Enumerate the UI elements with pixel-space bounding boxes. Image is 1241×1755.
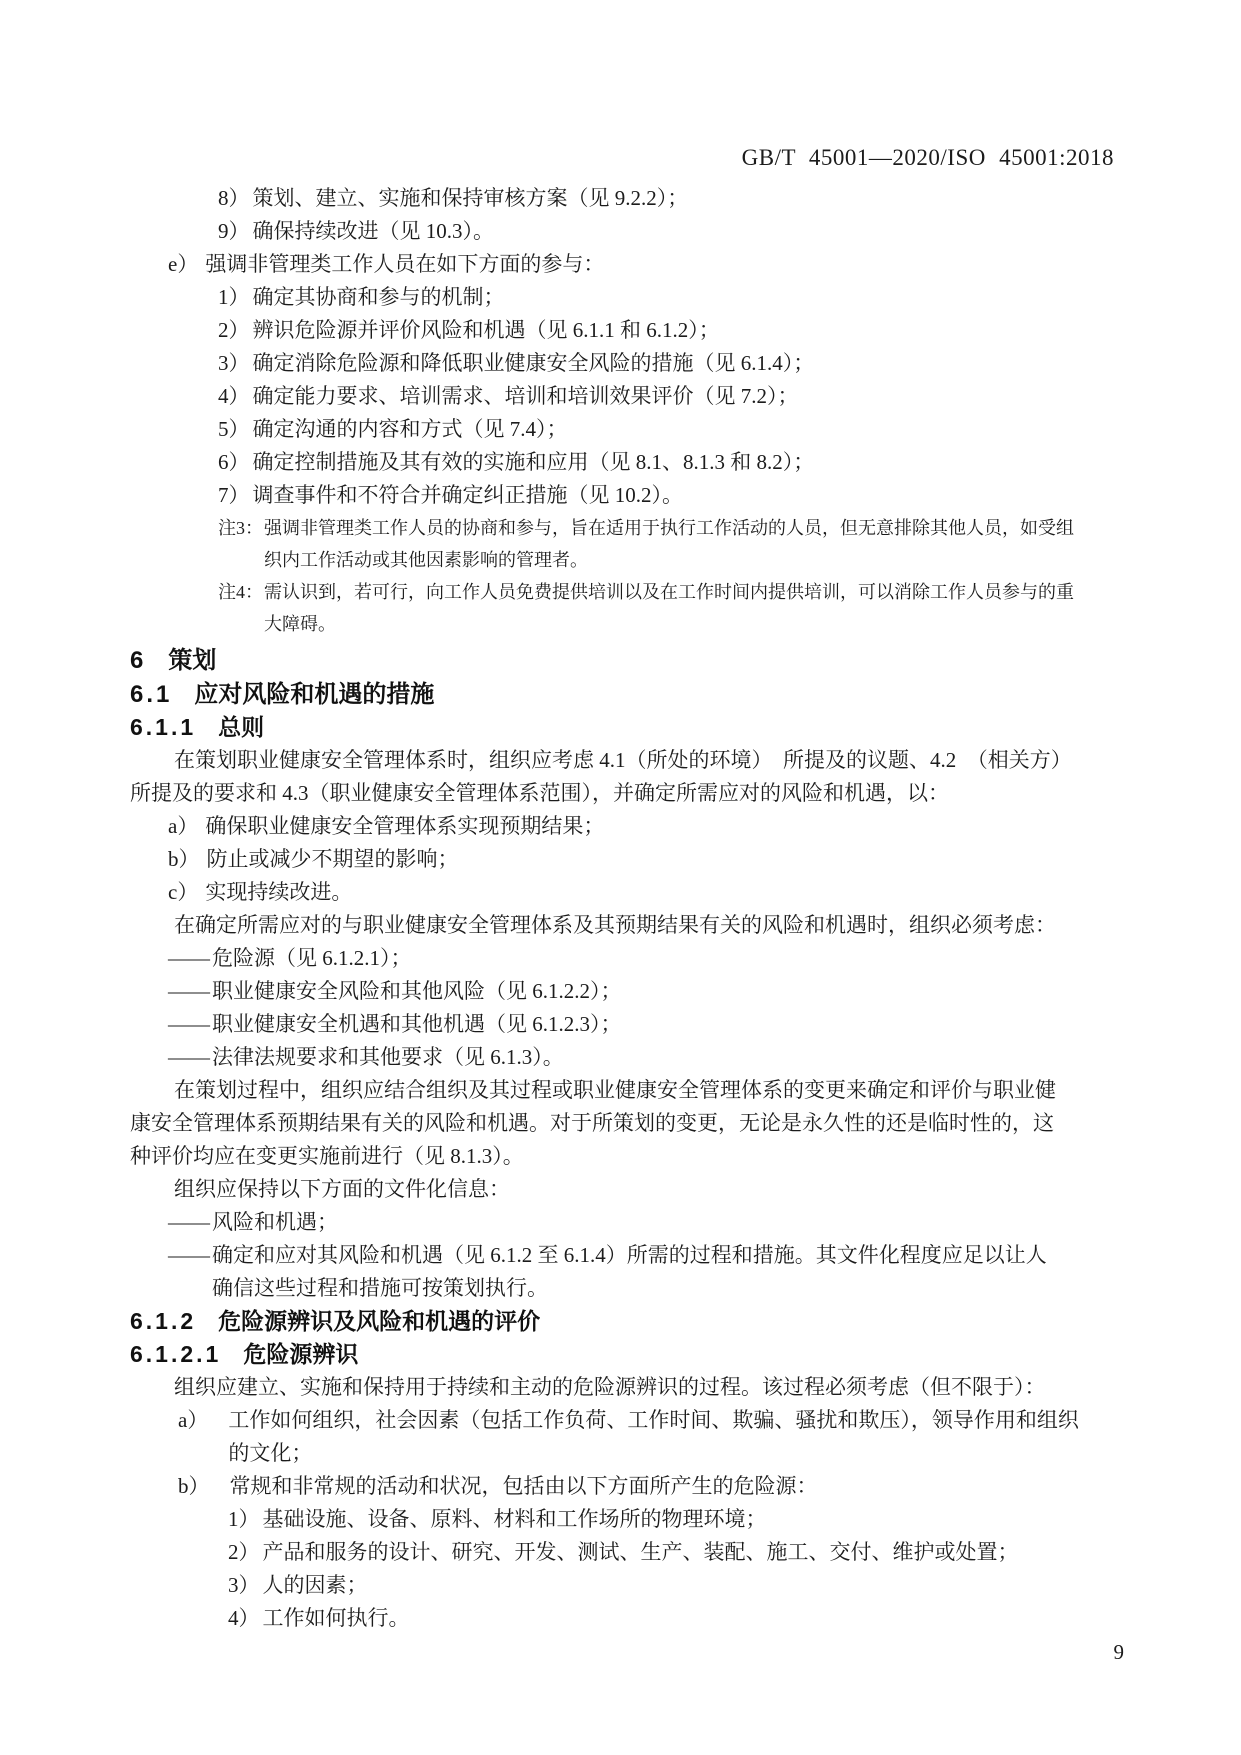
item-number: 4） xyxy=(218,380,250,413)
item-text: 职业健康安全机遇和其他机遇（见 6.1.2.3）； xyxy=(212,1008,622,1041)
dash-item: —— 法律法规要求和其他要求（见 6.1.3）。 xyxy=(168,1041,1114,1074)
item-number: 7） xyxy=(218,479,250,512)
item-text: 强调非管理类工作人员在如下方面的参与： xyxy=(205,248,604,281)
item-text: 人的因素； xyxy=(263,1569,368,1602)
page-number: 9 xyxy=(130,1639,1124,1665)
list-item: b） 防止或减少不期望的影响； xyxy=(168,843,1114,876)
section-6-1-heading: 6.1 应对风险和机遇的措施 xyxy=(130,678,1114,711)
item-number: 3） xyxy=(218,347,250,380)
list-item: a） 工作如何组织，社会因素（包括工作负荷、工作时间、欺骗、骚扰和欺压），领导作… xyxy=(178,1404,1114,1470)
heading-number: 6.1.1 xyxy=(130,711,196,744)
section-6-heading: 6 策划 xyxy=(130,643,1114,678)
heading-number: 6 xyxy=(130,643,146,678)
item-text: 危险源（见 6.1.2.1）； xyxy=(212,942,412,975)
paragraph: 组织应保持以下方面的文件化信息： xyxy=(130,1173,1114,1206)
list-item: 4） 确定能力要求、培训需求、培训和培训效果评价（见 7.2）； xyxy=(218,380,1114,413)
list-item: 2） 辨识危险源并评价风险和机遇（见 6.1.1 和 6.1.2）； xyxy=(218,314,1114,347)
heading-title: 危险源辨识及风险和机遇的评价 xyxy=(218,1305,540,1338)
dash-mark: —— xyxy=(168,942,212,975)
document-page: GB/T 45001—2020/ISO 45001:2018 8） 策划、建立、… xyxy=(0,0,1241,1755)
item-text: 策划、建立、实施和保持审核方案（见 9.2.2）； xyxy=(253,182,689,215)
paragraph: 在策划职业健康安全管理体系时，组织应考虑 4.1（所处的环境） 所提及的议题、4… xyxy=(130,744,1114,810)
list-item: 7） 调查事件和不符合并确定纠正措施（见 10.2）。 xyxy=(218,479,1114,512)
item-number: 2） xyxy=(228,1536,260,1569)
item-text: 风险和机遇； xyxy=(212,1206,338,1239)
list-item: 8） 策划、建立、实施和保持审核方案（见 9.2.2）； xyxy=(218,182,1114,215)
item-number: 6） xyxy=(218,446,250,479)
item-text: 法律法规要求和其他要求（见 6.1.3）。 xyxy=(212,1041,564,1074)
item-text: 辨识危险源并评价风险和机遇（见 6.1.1 和 6.1.2）； xyxy=(253,314,720,347)
heading-number: 6.1.2.1 xyxy=(130,1338,221,1371)
item-text: 确定消除危险源和降低职业健康安全风险的措施（见 6.1.4）； xyxy=(253,347,815,380)
dash-mark: —— xyxy=(168,1239,212,1272)
dash-mark: —— xyxy=(168,1206,212,1239)
heading-title: 总则 xyxy=(218,711,264,744)
item-number: a） xyxy=(178,1404,208,1437)
list-item: 4） 工作如何执行。 xyxy=(228,1602,1114,1635)
item-text: 职业健康安全风险和其他风险（见 6.1.2.2）； xyxy=(212,975,622,1008)
item-text: 确定和应对其风险和机遇（见 6.1.2 至 6.1.4）所需的过程和措施。其文件… xyxy=(212,1239,1047,1305)
section-6-1-2-heading: 6.1.2 危险源辨识及风险和机遇的评价 xyxy=(130,1305,1114,1338)
item-number: 9） xyxy=(218,215,250,248)
paragraph: 在确定所需应对的与职业健康安全管理体系及其预期结果有关的风险和机遇时，组织必须考… xyxy=(130,909,1114,942)
list-item: 6） 确定控制措施及其有效的实施和应用（见 8.1、8.1.3 和 8.2）； xyxy=(218,446,1114,479)
item-text: 确定控制措施及其有效的实施和应用（见 8.1、8.1.3 和 8.2）； xyxy=(253,446,815,479)
standard-code-header: GB/T 45001—2020/ISO 45001:2018 xyxy=(130,144,1114,172)
page-body: 8） 策划、建立、实施和保持审核方案（见 9.2.2）； 9） 确保持续改进（见… xyxy=(130,182,1114,1635)
heading-title: 策划 xyxy=(168,643,216,678)
item-text: 确定其协商和参与的机制； xyxy=(253,281,505,314)
item-number: 3） xyxy=(228,1569,260,1602)
item-number: 1） xyxy=(218,281,250,314)
list-item: 3） 确定消除危险源和降低职业健康安全风险的措施（见 6.1.4）； xyxy=(218,347,1114,380)
list-item: b） 常规和非常规的活动和状况，包括由以下方面所产生的危险源： xyxy=(178,1470,1114,1503)
dash-item: —— 确定和应对其风险和机遇（见 6.1.2 至 6.1.4）所需的过程和措施。… xyxy=(168,1239,1114,1305)
note-3: 注3： 强调非管理类工作人员的协商和参与，旨在适用于执行工作活动的人员，但无意排… xyxy=(218,512,1114,576)
item-text: 确定沟通的内容和方式（见 7.4）； xyxy=(253,413,568,446)
heading-number: 6.1.2 xyxy=(130,1305,196,1338)
dash-item: —— 危险源（见 6.1.2.1）； xyxy=(168,942,1114,975)
item-text: 产品和服务的设计、研究、开发、测试、生产、装配、施工、交付、维护或处置； xyxy=(263,1536,1019,1569)
paragraph: 在策划过程中，组织应结合组织及其过程或职业健康安全管理体系的变更来确定和评价与职… xyxy=(130,1074,1114,1173)
list-item: 5） 确定沟通的内容和方式（见 7.4）； xyxy=(218,413,1114,446)
item-number: b） xyxy=(178,1470,210,1503)
item-number: a） xyxy=(168,810,198,843)
heading-title: 应对风险和机遇的措施 xyxy=(194,678,434,711)
list-item: a） 确保职业健康安全管理体系实现预期结果； xyxy=(168,810,1114,843)
note-label: 注4： xyxy=(218,576,264,608)
heading-title: 危险源辨识 xyxy=(243,1338,358,1371)
item-text: 实现持续改进。 xyxy=(205,876,352,909)
list-item: 1） 确定其协商和参与的机制； xyxy=(218,281,1114,314)
heading-number: 6.1 xyxy=(130,678,172,711)
item-number: 2） xyxy=(218,314,250,347)
item-text: 确保持续改进（见 10.3）。 xyxy=(253,215,495,248)
item-text: 防止或减少不期望的影响； xyxy=(207,843,459,876)
item-text: 确定能力要求、培训需求、培训和培训效果评价（见 7.2）； xyxy=(253,380,799,413)
list-item: 2） 产品和服务的设计、研究、开发、测试、生产、装配、施工、交付、维护或处置； xyxy=(228,1536,1114,1569)
dash-mark: —— xyxy=(168,1041,212,1074)
item-number: b） xyxy=(168,843,200,876)
dash-item: —— 风险和机遇； xyxy=(168,1206,1114,1239)
note-text: 强调非管理类工作人员的协商和参与，旨在适用于执行工作活动的人员，但无意排除其他人… xyxy=(264,512,1074,576)
item-number: 4） xyxy=(228,1602,260,1635)
item-number: 5） xyxy=(218,413,250,446)
list-item: 1） 基础设施、设备、原料、材料和工作场所的物理环境； xyxy=(228,1503,1114,1536)
item-text: 确保职业健康安全管理体系实现预期结果； xyxy=(205,810,604,843)
dash-mark: —— xyxy=(168,1008,212,1041)
item-number: 8） xyxy=(218,182,250,215)
list-item: 9） 确保持续改进（见 10.3）。 xyxy=(218,215,1114,248)
dash-item: —— 职业健康安全机遇和其他机遇（见 6.1.2.3）； xyxy=(168,1008,1114,1041)
item-text: 工作如何执行。 xyxy=(263,1602,410,1635)
dash-item: —— 职业健康安全风险和其他风险（见 6.1.2.2）； xyxy=(168,975,1114,1008)
list-item: 3） 人的因素； xyxy=(228,1569,1114,1602)
item-number: c） xyxy=(168,876,198,909)
item-text: 调查事件和不符合并确定纠正措施（见 10.2）。 xyxy=(253,479,684,512)
paragraph: 组织应建立、实施和保持用于持续和主动的危险源辨识的过程。该过程必须考虑（但不限于… xyxy=(130,1371,1114,1404)
item-text: 常规和非常规的活动和状况，包括由以下方面所产生的危险源： xyxy=(230,1470,818,1503)
item-text: 基础设施、设备、原料、材料和工作场所的物理环境； xyxy=(263,1503,767,1536)
item-number: 1） xyxy=(228,1503,260,1536)
note-label: 注3： xyxy=(218,512,264,544)
clause-e-item: e） 强调非管理类工作人员在如下方面的参与： xyxy=(168,248,1114,281)
item-number: e） xyxy=(168,248,198,281)
section-6-1-2-1-heading: 6.1.2.1 危险源辨识 xyxy=(130,1338,1114,1371)
list-item: c） 实现持续改进。 xyxy=(168,876,1114,909)
dash-mark: —— xyxy=(168,975,212,1008)
item-text: 工作如何组织，社会因素（包括工作负荷、工作时间、欺骗、骚扰和欺压），领导作用和组… xyxy=(228,1404,1079,1470)
section-6-1-1-heading: 6.1.1 总则 xyxy=(130,711,1114,744)
note-text: 需认识到，若可行，向工作人员免费提供培训以及在工作时间内提供培训，可以消除工作人… xyxy=(264,576,1074,640)
note-4: 注4： 需认识到，若可行，向工作人员免费提供培训以及在工作时间内提供培训，可以消… xyxy=(218,576,1114,640)
